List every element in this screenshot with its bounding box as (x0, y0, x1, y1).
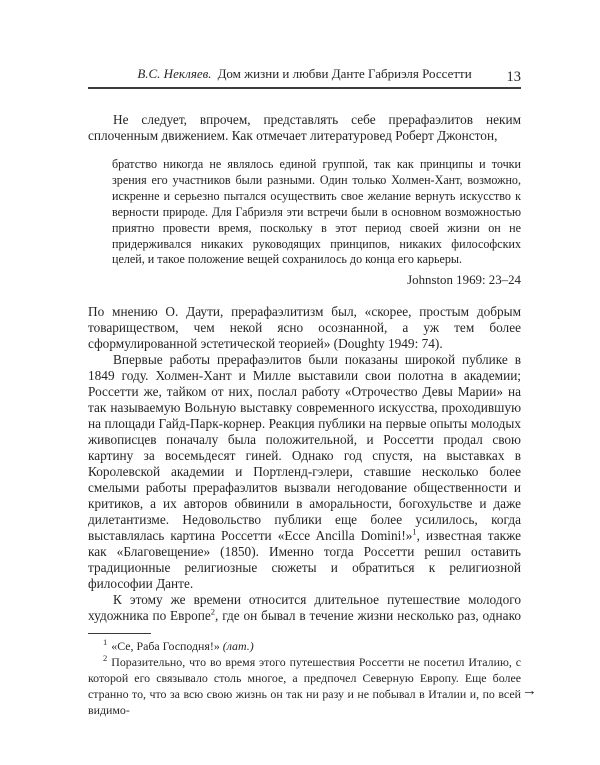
paragraph-intro: Не следует, впрочем, представлять себе п… (88, 112, 521, 144)
quote-attribution: Johnston 1969: 23–24 (88, 272, 521, 288)
footnote-text: «Се, Раба Господня!» (111, 639, 223, 653)
header-title: Дом жизни и любви Данте Габриэля Россетт… (218, 66, 472, 81)
block-quote: братство никогда не являлось единой груп… (112, 157, 521, 268)
book-page: В.С. Некляев.Дом жизни и любви Данте Габ… (0, 0, 600, 765)
continuation-arrow-icon: → (522, 683, 536, 699)
footnote-latin-label: (лат.) (223, 639, 254, 653)
paragraph-doughty: По мнению О. Даути, прерафаэлитизм был, … (88, 304, 521, 352)
footnote-marker-1: 1 (103, 637, 107, 647)
paragraph-exhibitions: Впервые работы прерафаэлитов были показа… (88, 352, 521, 592)
footnote-1: 1«Се, Раба Господня!» (лат.) (88, 638, 521, 654)
main-text-block: Не следует, впрочем, представлять себе п… (88, 89, 521, 629)
header-author: В.С. Некляев. (137, 66, 211, 81)
running-head: В.С. Некляев.Дом жизни и любви Данте Габ… (88, 66, 521, 89)
page-number: 13 (507, 69, 522, 85)
paragraph-travel: К этому же времени относится длительное … (88, 592, 521, 629)
footnote-separator (88, 633, 151, 634)
footnotes-section: 1«Се, Раба Господня!» (лат.) 2Поразитель… (88, 629, 521, 718)
footnote-marker-2: 2 (103, 653, 107, 663)
paragraph-text: Впервые работы прерафаэлитов были показа… (88, 352, 521, 543)
footnote-text: Поразительно, что во время этого путешес… (88, 655, 521, 717)
footnote-2: 2Поразительно, что во время этого путеше… (88, 654, 521, 718)
